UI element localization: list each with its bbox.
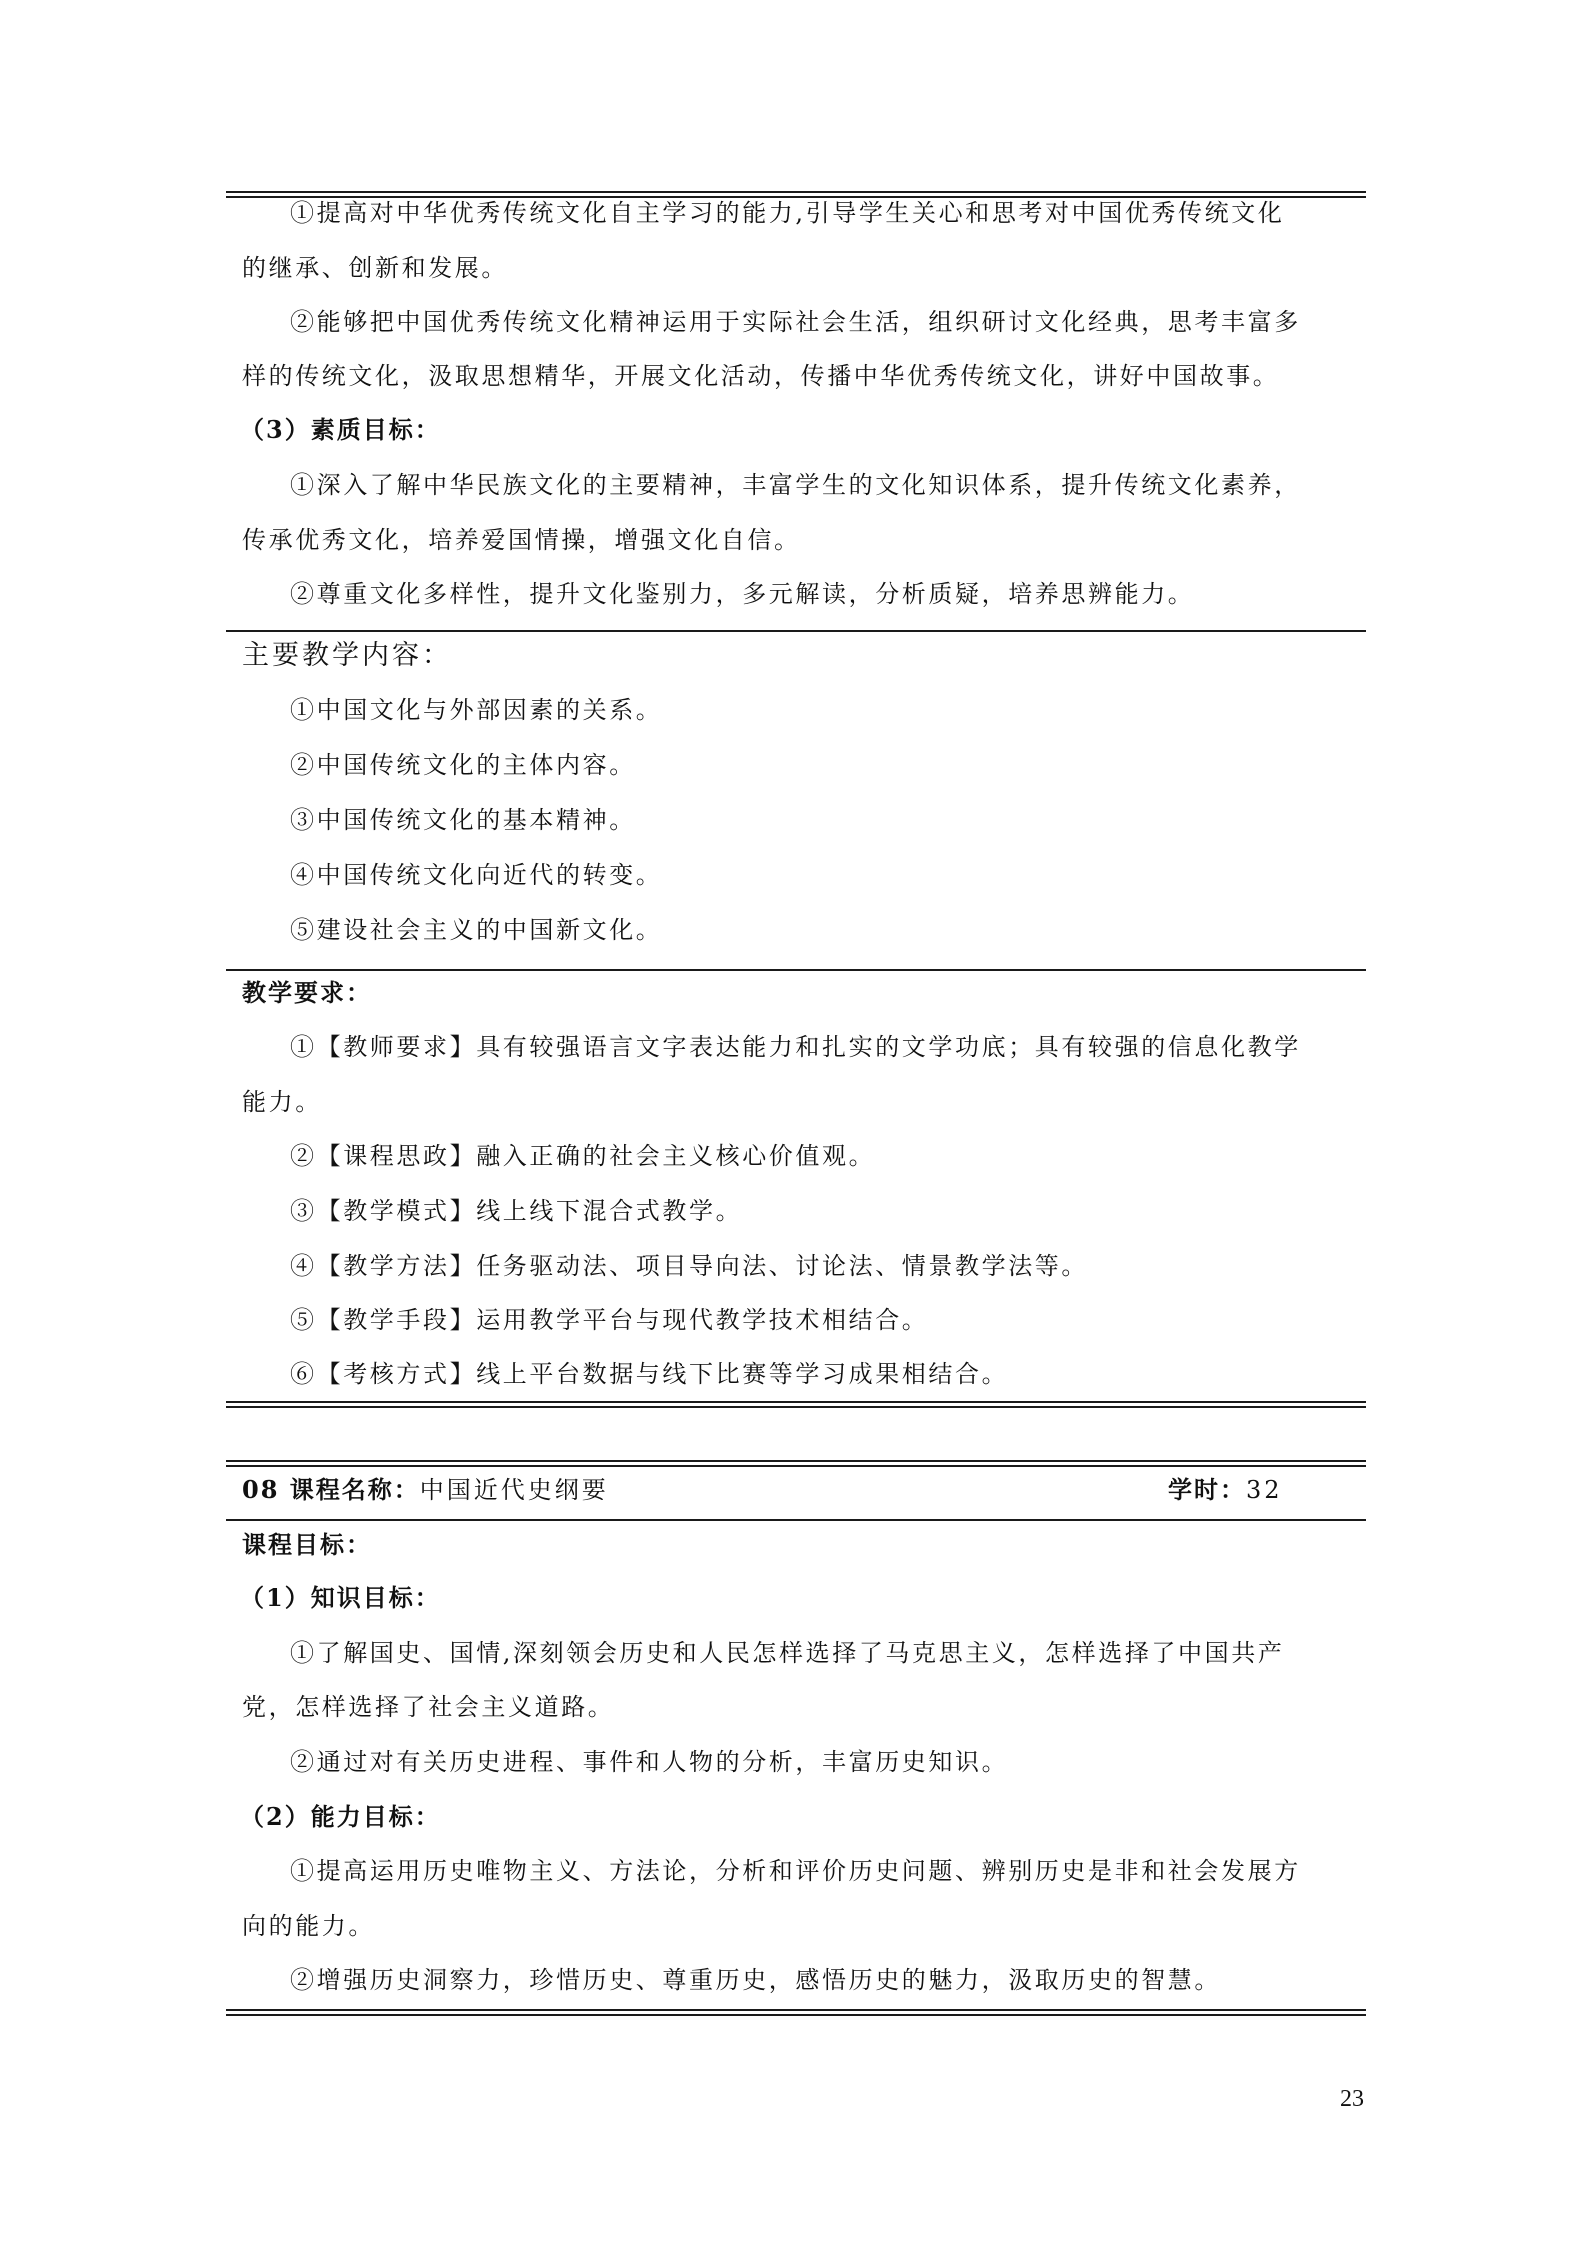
requirement-item: ⑥【考核方式】线上平台数据与线下比赛等学习成果相结合。 — [290, 1359, 1410, 1389]
course-goals-heading: 课程目标： — [242, 1530, 1362, 1560]
main-content-heading: 主要教学内容： — [242, 641, 1362, 671]
main-content-item: ①中国文化与外部因素的关系。 — [290, 695, 1410, 725]
requirement-item: ②【课程思政】融入正确的社会主义核心价值观。 — [290, 1141, 1410, 1171]
main-content-item: ④中国传统文化向近代的转变。 — [290, 860, 1410, 890]
knowledge-goal-1-line2: 党，怎样选择了社会主义道路。 — [242, 1692, 1362, 1722]
ability-goal-1-line2: 的继承、创新和发展。 — [242, 253, 1362, 283]
quality-goal-1-line1: ①深入了解中华民族文化的主要精神，丰富学生的文化知识体系，提升传统文化素养， — [290, 470, 1410, 500]
course-name-value: 中国近代史纲要 — [420, 1476, 609, 1504]
ability-goal-08-2: ②增强历史洞察力，珍惜历史、尊重历史，感悟历史的魅力，汲取历史的智慧。 — [290, 1965, 1410, 1995]
requirement-1-line1: ①【教师要求】具有较强语言文字表达能力和扎实的文学功底；具有较强的信息化教学 — [290, 1032, 1410, 1062]
quality-goals-heading: （3）素质目标： — [240, 415, 1360, 445]
main-content-item: ⑤建设社会主义的中国新文化。 — [290, 915, 1410, 945]
requirement-item: ④【教学方法】任务驱动法、项目导向法、讨论法、情景教学法等。 — [290, 1251, 1410, 1281]
main-content-item: ③中国传统文化的基本精神。 — [290, 805, 1410, 835]
course-hours-value: 32 — [1246, 1476, 1283, 1504]
page-number: 23 — [1340, 2084, 1364, 2114]
course-hours-label: 学时： — [1168, 1475, 1246, 1504]
table-rule — [226, 1519, 1366, 1521]
table-rule-double — [226, 2009, 1366, 2016]
requirement-1-line2: 能力。 — [242, 1087, 1362, 1117]
table-rule — [226, 969, 1366, 971]
ability-goal-2-line2: 样的传统文化，汲取思想精华，开展文化活动，传播中华优秀传统文化，讲好中国故事。 — [242, 361, 1362, 391]
requirement-item: ⑤【教学手段】运用教学平台与现代教学技术相结合。 — [290, 1305, 1410, 1335]
ability-goals-heading: （2）能力目标： — [240, 1802, 1360, 1832]
knowledge-goals-heading: （1）知识目标： — [240, 1583, 1360, 1613]
table-rule-double — [226, 191, 1366, 198]
ability-goal-1-line1: ①提高对中华优秀传统文化自主学习的能力,引导学生关心和思考对中国优秀传统文化 — [290, 198, 1410, 228]
quality-goal-1-line2: 传承优秀文化，培养爱国情操，增强文化自信。 — [242, 525, 1362, 555]
table-rule-double — [226, 1401, 1366, 1408]
ability-goal-08-1-line2: 向的能力。 — [242, 1911, 1362, 1941]
main-content-item: ②中国传统文化的主体内容。 — [290, 750, 1410, 780]
quality-goal-2-line1: ②尊重文化多样性，提升文化鉴别力，多元解读，分析质疑，培养思辨能力。 — [290, 579, 1410, 609]
teaching-requirements-heading: 教学要求： — [242, 978, 1362, 1008]
table-rule — [226, 630, 1366, 632]
requirement-item: ③【教学模式】线上线下混合式教学。 — [290, 1196, 1410, 1226]
knowledge-goal-2: ②通过对有关历史进程、事件和人物的分析，丰富历史知识。 — [290, 1747, 1410, 1777]
document-page: ①提高对中华优秀传统文化自主学习的能力,引导学生关心和思考对中国优秀传统文化 的… — [0, 0, 1587, 2245]
course-name-label: 08 课程名称： — [242, 1475, 420, 1504]
ability-goal-08-1-line1: ①提高运用历史唯物主义、方法论，分析和评价历史问题、辨别历史是非和社会发展方 — [290, 1856, 1410, 1886]
course-hours: 学时：32 — [1168, 1475, 1283, 1505]
ability-goal-2-line1: ②能够把中国优秀传统文化精神运用于实际社会生活，组织研讨文化经典，思考丰富多 — [290, 307, 1410, 337]
knowledge-goal-1-line1: ①了解国史、国情,深刻领会历史和人民怎样选择了马克思主义，怎样选择了中国共产 — [290, 1638, 1410, 1668]
table-rule-double — [226, 1460, 1366, 1467]
